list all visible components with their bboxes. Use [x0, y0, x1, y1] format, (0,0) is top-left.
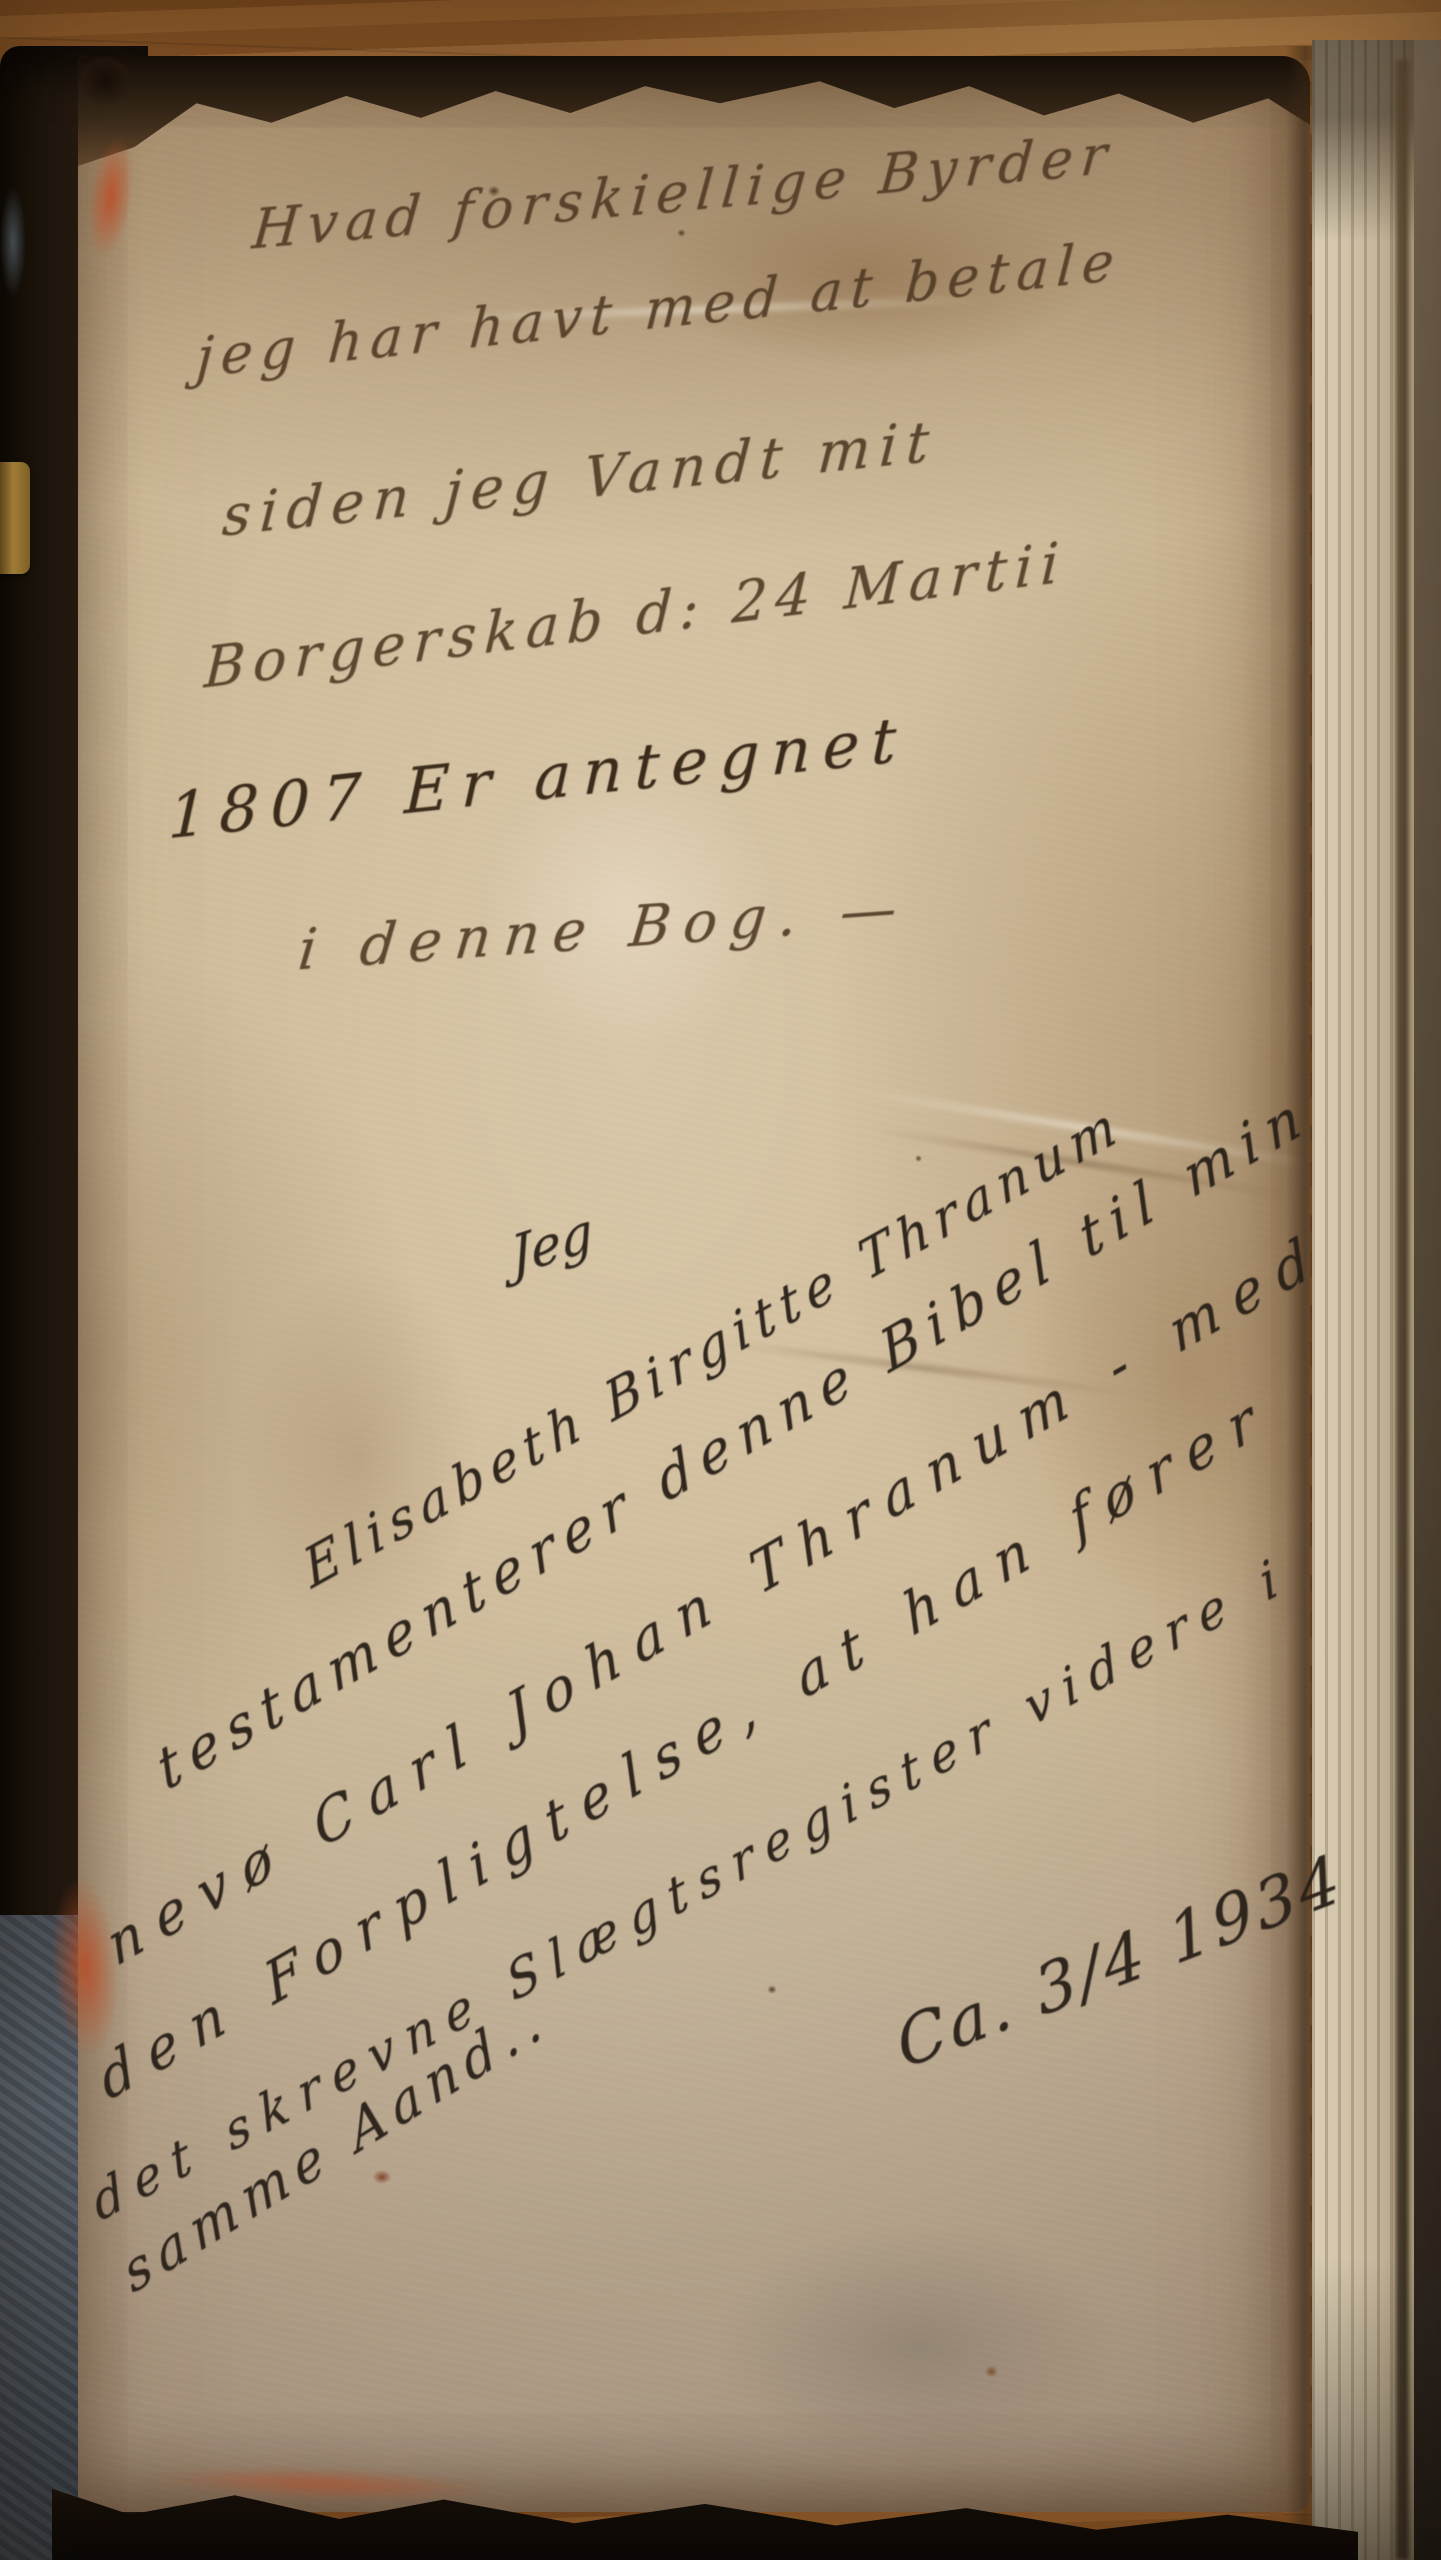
- ink-spot: [914, 1154, 923, 1163]
- ink-spot: [676, 228, 687, 238]
- photo-antique-bible-flyleaf: Hvad forskiellige Byrder jeg har havt me…: [0, 0, 1441, 2560]
- stain: [638, 2176, 1198, 2512]
- adjacent-cover-edge: [1414, 40, 1441, 2560]
- ink-spot: [766, 1984, 778, 1995]
- ink-spot: [370, 2168, 394, 2186]
- cover-wear-mark: [0, 186, 26, 298]
- brass-clasp: [0, 462, 30, 574]
- fore-edge-crease: [1396, 60, 1409, 2560]
- ink-spot: [983, 2364, 1000, 2379]
